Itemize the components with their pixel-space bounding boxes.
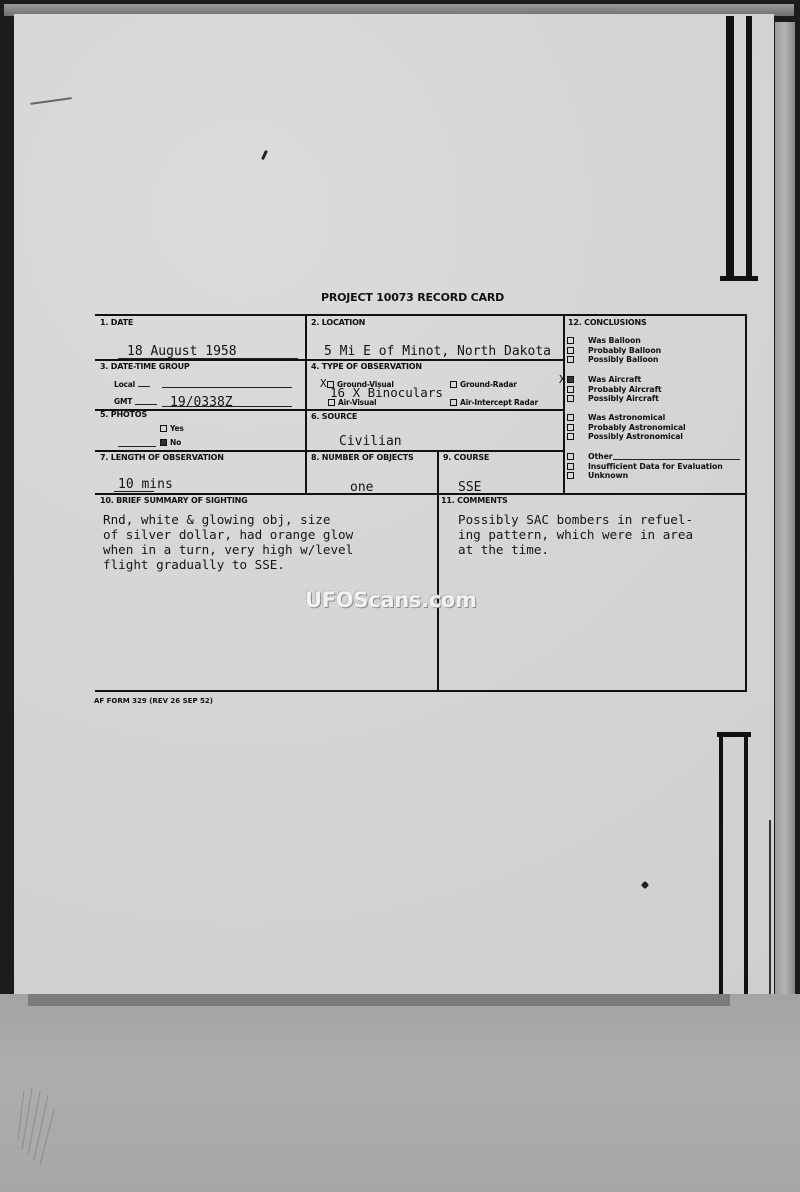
comments-label: 11. COMMENTS bbox=[441, 496, 508, 505]
checkbox-icon bbox=[567, 356, 574, 363]
checkbox-icon bbox=[567, 453, 574, 460]
conclusion-possibly-balloon[interactable]: Possibly Balloon bbox=[567, 355, 661, 365]
conclusion-unknown[interactable]: Unknown bbox=[567, 471, 723, 481]
binder-mark-right bbox=[746, 16, 752, 281]
conclusion-other[interactable]: Other bbox=[567, 452, 723, 462]
type-of-observation-label: 4. TYPE OF OBSERVATION bbox=[311, 362, 422, 371]
checkbox-icon bbox=[567, 386, 574, 393]
divider bbox=[95, 450, 565, 452]
comments-text: Possibly SAC bombers in refuel-ing patte… bbox=[458, 512, 693, 557]
course-value: SSE bbox=[458, 480, 481, 495]
date-label: 1. DATE bbox=[100, 318, 133, 327]
option-air-visual[interactable]: Air-Visual bbox=[328, 398, 376, 407]
conclusion-possibly-astronomical[interactable]: Possibly Astronomical bbox=[567, 432, 686, 442]
x-mark: X bbox=[320, 377, 327, 390]
conclusion-probably-astronomical[interactable]: Probably Astronomical bbox=[567, 423, 686, 433]
divider bbox=[563, 314, 565, 493]
checkbox-icon bbox=[328, 399, 335, 406]
binder-mark-base bbox=[720, 276, 758, 281]
gmt-dash bbox=[135, 404, 157, 405]
checkbox-icon bbox=[567, 395, 574, 402]
date-value: 18 August 1958 bbox=[127, 344, 237, 359]
conclusion-possibly-aircraft[interactable]: Possibly Aircraft bbox=[567, 394, 662, 404]
checkbox-icon bbox=[450, 399, 457, 406]
local-dash bbox=[138, 386, 150, 387]
checkbox-icon bbox=[567, 414, 574, 421]
location-value: 5 Mi E of Minot, North Dakota bbox=[324, 344, 564, 359]
checkbox-icon bbox=[567, 337, 574, 344]
page-right-edge bbox=[775, 22, 795, 997]
date-underline bbox=[118, 358, 298, 359]
number-of-objects-label: 8. NUMBER OF OBJECTS bbox=[311, 453, 414, 462]
brief-summary-text: Rnd, white & glowing obj, sizeof silver … bbox=[103, 512, 353, 572]
watermark: UFOScans.com bbox=[305, 588, 477, 612]
binder-mark-lower-right bbox=[744, 732, 748, 994]
checkbox-icon bbox=[567, 433, 574, 440]
conclusion-group-aircraft: Was Aircraft Probably Aircraft Possibly … bbox=[567, 375, 662, 404]
other-underline bbox=[613, 459, 740, 460]
binder-mark-lower-left bbox=[719, 732, 723, 994]
option-photos-yes[interactable]: Yes bbox=[160, 424, 184, 433]
checkbox-icon bbox=[567, 347, 574, 354]
length-of-observation-value: 10 mins bbox=[118, 477, 173, 492]
course-label: 9. COURSE bbox=[443, 453, 489, 462]
divider bbox=[305, 314, 307, 493]
checkbox-icon bbox=[567, 424, 574, 431]
conclusion-probably-balloon[interactable]: Probably Balloon bbox=[567, 346, 661, 356]
length-of-observation-label: 7. LENGTH OF OBSERVATION bbox=[100, 453, 224, 462]
scan-bottom-area bbox=[0, 994, 800, 1192]
length-underline bbox=[114, 491, 154, 492]
divider bbox=[95, 493, 747, 495]
local-label: Local bbox=[114, 380, 135, 389]
page-bottom-shadow bbox=[28, 994, 730, 1006]
conclusion-probably-aircraft[interactable]: Probably Aircraft bbox=[567, 385, 662, 395]
location-label: 2. LOCATION bbox=[311, 318, 365, 327]
divider bbox=[95, 409, 565, 411]
checkbox-icon bbox=[567, 463, 574, 470]
conclusion-group-balloon: Was Balloon Probably Balloon Possibly Ba… bbox=[567, 336, 661, 365]
checkbox-icon bbox=[567, 472, 574, 479]
option-air-intercept-radar[interactable]: Air-Intercept Radar bbox=[450, 398, 538, 407]
local-underline bbox=[162, 387, 292, 388]
x-mark: X bbox=[559, 373, 566, 386]
conclusion-was-balloon[interactable]: Was Balloon bbox=[567, 336, 661, 346]
option-photos-no[interactable]: No bbox=[160, 438, 181, 447]
form-number: AF FORM 329 (REV 26 SEP 52) bbox=[94, 697, 213, 705]
edge-line bbox=[769, 820, 771, 994]
checkbox-icon bbox=[450, 381, 457, 388]
conclusion-group-astronomical: Was Astronomical Probably Astronomical P… bbox=[567, 413, 686, 442]
checkbox-checked-icon bbox=[567, 376, 574, 383]
photos-underline bbox=[118, 446, 156, 447]
divider bbox=[95, 359, 565, 361]
divider bbox=[437, 450, 439, 692]
conclusions-label: 12. CONCLUSIONS bbox=[568, 318, 647, 327]
binder-mark-left bbox=[726, 16, 734, 281]
scratch-marks bbox=[14, 1080, 64, 1170]
card-title: PROJECT 10073 RECORD CARD bbox=[321, 291, 504, 304]
conclusion-was-astronomical[interactable]: Was Astronomical bbox=[567, 413, 686, 423]
number-of-objects-value: one bbox=[350, 480, 373, 495]
conclusion-group-other: Other Insufficient Data for Evaluation U… bbox=[567, 452, 723, 481]
photos-label: 5. PHOTOS bbox=[100, 410, 147, 419]
date-time-group-label: 3. DATE-TIME GROUP bbox=[100, 362, 190, 371]
conclusion-insufficient-data[interactable]: Insufficient Data for Evaluation bbox=[567, 462, 723, 472]
checkbox-icon bbox=[160, 425, 167, 432]
source-label: 6. SOURCE bbox=[311, 412, 357, 421]
source-value: Civilian bbox=[339, 434, 402, 449]
brief-summary-label: 10. BRIEF SUMMARY OF SIGHTING bbox=[100, 496, 248, 505]
gmt-underline bbox=[162, 406, 292, 407]
gmt-label: GMT bbox=[114, 397, 132, 406]
option-ground-radar[interactable]: Ground-Radar bbox=[450, 380, 517, 389]
gmt-value: 19/0338Z bbox=[170, 395, 233, 410]
checkbox-checked-icon bbox=[160, 439, 167, 446]
conclusion-was-aircraft[interactable]: Was Aircraft bbox=[567, 375, 662, 385]
